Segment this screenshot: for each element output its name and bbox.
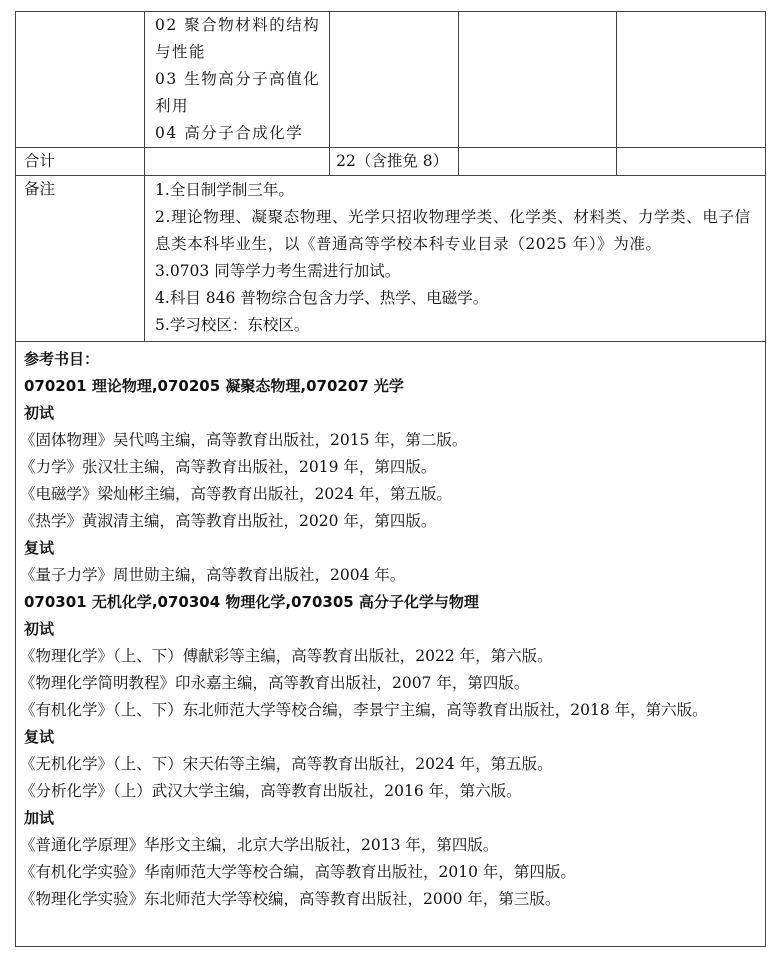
direction-item: 03 生物高分子高值化利用 (155, 66, 329, 120)
cell-remarks (616, 12, 765, 148)
notes-label: 备注 (16, 176, 145, 342)
group-heading: 070201 理论物理,070205 凝聚态物理,070207 光学 (24, 373, 757, 400)
section-label: 加试 (24, 805, 757, 832)
total-col4 (459, 148, 617, 176)
total-col5 (616, 148, 765, 176)
note-item: 4.科目 846 普物综合包含力学、热学、电磁学。 (155, 285, 761, 312)
book-entry: 《物理化学》（上、下）傅献彩等主编，高等教育出版社，2022 年，第六版。 (20, 643, 757, 670)
section-label: 复试 (24, 535, 757, 562)
section-label: 复试 (24, 724, 757, 751)
references-title: 参考书目： (24, 346, 757, 373)
note-item: 5.学习校区：东校区。 (155, 312, 761, 339)
enrollment-table: 02 聚合物材料的结构与性能 03 生物高分子高值化利用 04 高分子合成化学 … (15, 11, 766, 947)
cell-directions: 02 聚合物材料的结构与性能 03 生物高分子高值化利用 04 高分子合成化学 (145, 12, 330, 148)
references-row: 参考书目： 070201 理论物理,070205 凝聚态物理,070207 光学… (16, 342, 766, 947)
book-entry: 《普通化学原理》华彤文主编，北京大学出版社，2013 年，第四版。 (20, 832, 757, 859)
research-direction-row: 02 聚合物材料的结构与性能 03 生物高分子高值化利用 04 高分子合成化学 (16, 12, 766, 148)
book-entry: 《力学》张汉壮主编，高等教育出版社，2019 年，第四版。 (20, 454, 757, 481)
references-content: 参考书目： 070201 理论物理,070205 凝聚态物理,070207 光学… (16, 342, 766, 947)
section-label: 初试 (24, 616, 757, 643)
book-entry: 《物理化学实验》东北师范大学等校编，高等教育出版社，2000 年，第三版。 (20, 886, 757, 913)
book-entry: 《有机化学》（上、下）东北师范大学等校合编，李景宁主编，高等教育出版社，2018… (20, 697, 757, 724)
cell-quota (330, 12, 459, 148)
total-row: 合计 22（含推免 8） (16, 148, 766, 176)
notes-row: 备注 1.全日制学制三年。 2.理论物理、凝聚态物理、光学只招收物理学类、化学类… (16, 176, 766, 342)
direction-item: 04 高分子合成化学 (155, 120, 329, 147)
total-count: 22（含推免 8） (330, 148, 459, 176)
section-label: 初试 (24, 400, 757, 427)
notes-content: 1.全日制学制三年。 2.理论物理、凝聚态物理、光学只招收物理学类、化学类、材料… (145, 176, 766, 342)
total-col2 (145, 148, 330, 176)
note-item: 3.0703 同等学力考生需进行加试。 (155, 258, 761, 285)
note-item: 2.理论物理、凝聚态物理、光学只招收物理学类、化学类、材料类、力学类、电子信息类… (155, 204, 761, 258)
book-entry: 《热学》黄淑清主编，高等教育出版社，2020 年，第四版。 (20, 508, 757, 535)
book-entry: 《物理化学简明教程》印永嘉主编，高等教育出版社，2007 年，第四版。 (20, 670, 757, 697)
group-heading: 070301 无机化学,070304 物理化学,070305 高分子化学与物理 (24, 589, 757, 616)
book-entry: 《有机化学实验》华南师范大学等校合编，高等教育出版社，2010 年，第四版。 (20, 859, 757, 886)
total-label: 合计 (16, 148, 145, 176)
book-entry: 《电磁学》梁灿彬主编，高等教育出版社，2024 年，第五版。 (20, 481, 757, 508)
cell-major (16, 12, 145, 148)
book-entry: 《分析化学》（上）武汉大学主编，高等教育出版社，2016 年，第六版。 (20, 778, 757, 805)
note-item: 1.全日制学制三年。 (155, 177, 761, 204)
cell-exam-subjects (459, 12, 617, 148)
direction-item: 02 聚合物材料的结构与性能 (155, 12, 329, 66)
book-entry: 《固体物理》吴代鸣主编，高等教育出版社，2015 年，第二版。 (20, 427, 757, 454)
book-entry: 《量子力学》周世勋主编，高等教育出版社，2004 年。 (20, 562, 757, 589)
book-entry: 《无机化学》（上、下）宋天佑等主编，高等教育出版社，2024 年，第五版。 (20, 751, 757, 778)
